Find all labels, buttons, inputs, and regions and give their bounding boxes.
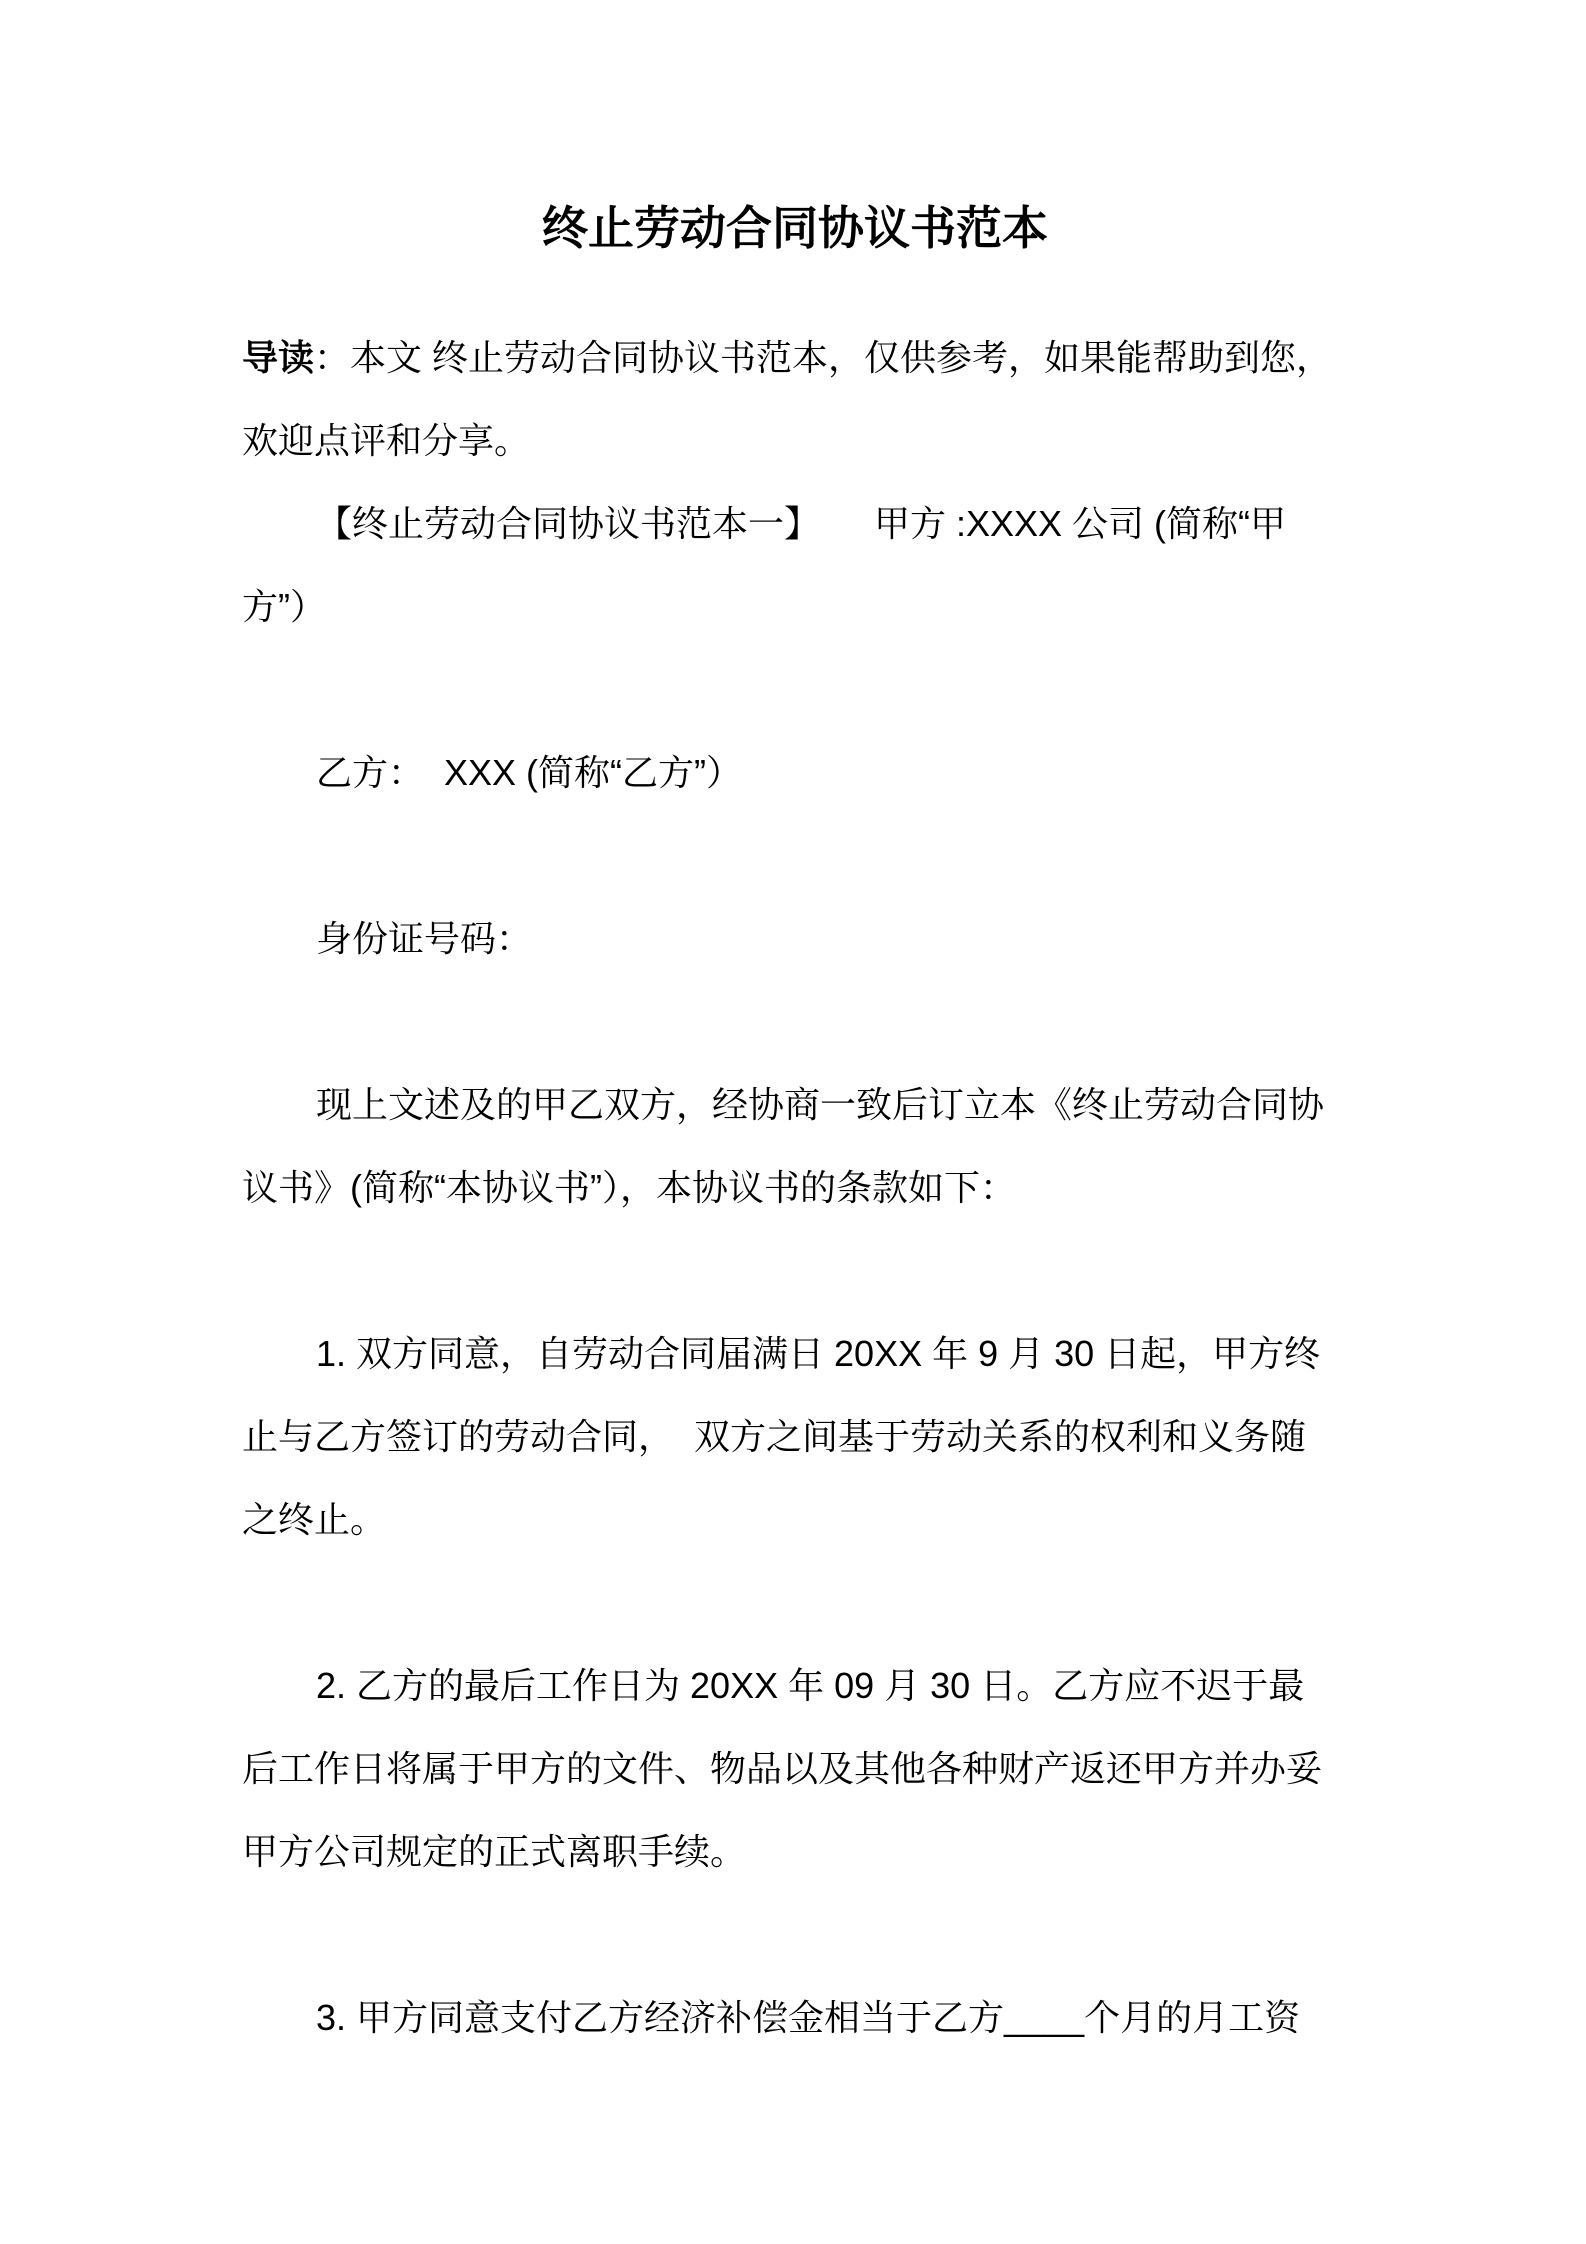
- text-line: 现上文述及的甲乙双方，经协商一致后订立本《终止劳动合同协: [242, 1063, 1348, 1146]
- text-line: 【终止劳动合同协议书范本一】 甲方 :XXXX 公司 (简称“甲: [242, 482, 1348, 565]
- text-line: 方”）: [242, 565, 1348, 648]
- text-line: 3. 甲方同意支付乙方经济补偿金相当于乙方____个月的月工资: [242, 1976, 1348, 2059]
- text-line: 乙方： XXX (简称“乙方”）: [242, 731, 1348, 814]
- paragraph-id-number: 身份证号码：: [242, 897, 1348, 980]
- intro-label: 导读: [242, 337, 314, 378]
- text-line: 1. 双方同意，自劳动合同届满日 20XX 年 9 月 30 日起，甲方终: [242, 1312, 1348, 1395]
- text-line: 议书》(简称“本协议书”），本协议书的条款如下：: [242, 1146, 1348, 1229]
- paragraph-intro: 导读：本文 终止劳动合同协议书范本，仅供参考，如果能帮助到您， 欢迎点评和分享。: [242, 316, 1348, 482]
- text-line: 后工作日将属于甲方的文件、物品以及其他各种财产返还甲方并办妥: [242, 1727, 1348, 1810]
- text-line: 之终止。: [242, 1478, 1348, 1561]
- text-line: 2. 乙方的最后工作日为 20XX 年 09 月 30 日。乙方应不迟于最: [242, 1644, 1348, 1727]
- paragraph-clause-2: 2. 乙方的最后工作日为 20XX 年 09 月 30 日。乙方应不迟于最 后工…: [242, 1644, 1348, 1893]
- text-line: 导读：本文 终止劳动合同协议书范本，仅供参考，如果能帮助到您，: [242, 316, 1348, 399]
- document-title: 终止劳动合同协议书范本: [242, 196, 1348, 260]
- paragraph-clause-3: 3. 甲方同意支付乙方经济补偿金相当于乙方____个月的月工资: [242, 1976, 1348, 2059]
- text-line: 身份证号码：: [242, 897, 1348, 980]
- paragraph-clause-1: 1. 双方同意，自劳动合同届满日 20XX 年 9 月 30 日起，甲方终 止与…: [242, 1312, 1348, 1561]
- paragraph-recital: 现上文述及的甲乙双方，经协商一致后订立本《终止劳动合同协 议书》(简称“本协议书…: [242, 1063, 1348, 1229]
- document-content: 终止劳动合同协议书范本 导读：本文 终止劳动合同协议书范本，仅供参考，如果能帮助…: [0, 0, 1586, 2059]
- text-line: 欢迎点评和分享。: [242, 399, 1348, 482]
- document-page: 终止劳动合同协议书范本 导读：本文 终止劳动合同协议书范本，仅供参考，如果能帮助…: [0, 0, 1586, 2244]
- paragraph-parties: 【终止劳动合同协议书范本一】 甲方 :XXXX 公司 (简称“甲 方”）: [242, 482, 1348, 648]
- text-line: 甲方公司规定的正式离职手续。: [242, 1810, 1348, 1893]
- text-line: 止与乙方签订的劳动合同， 双方之间基于劳动关系的权利和义务随: [242, 1395, 1348, 1478]
- intro-text: ：本文 终止劳动合同协议书范本，仅供参考，如果能帮助到您，: [314, 337, 1332, 378]
- paragraph-party-b: 乙方： XXX (简称“乙方”）: [242, 731, 1348, 814]
